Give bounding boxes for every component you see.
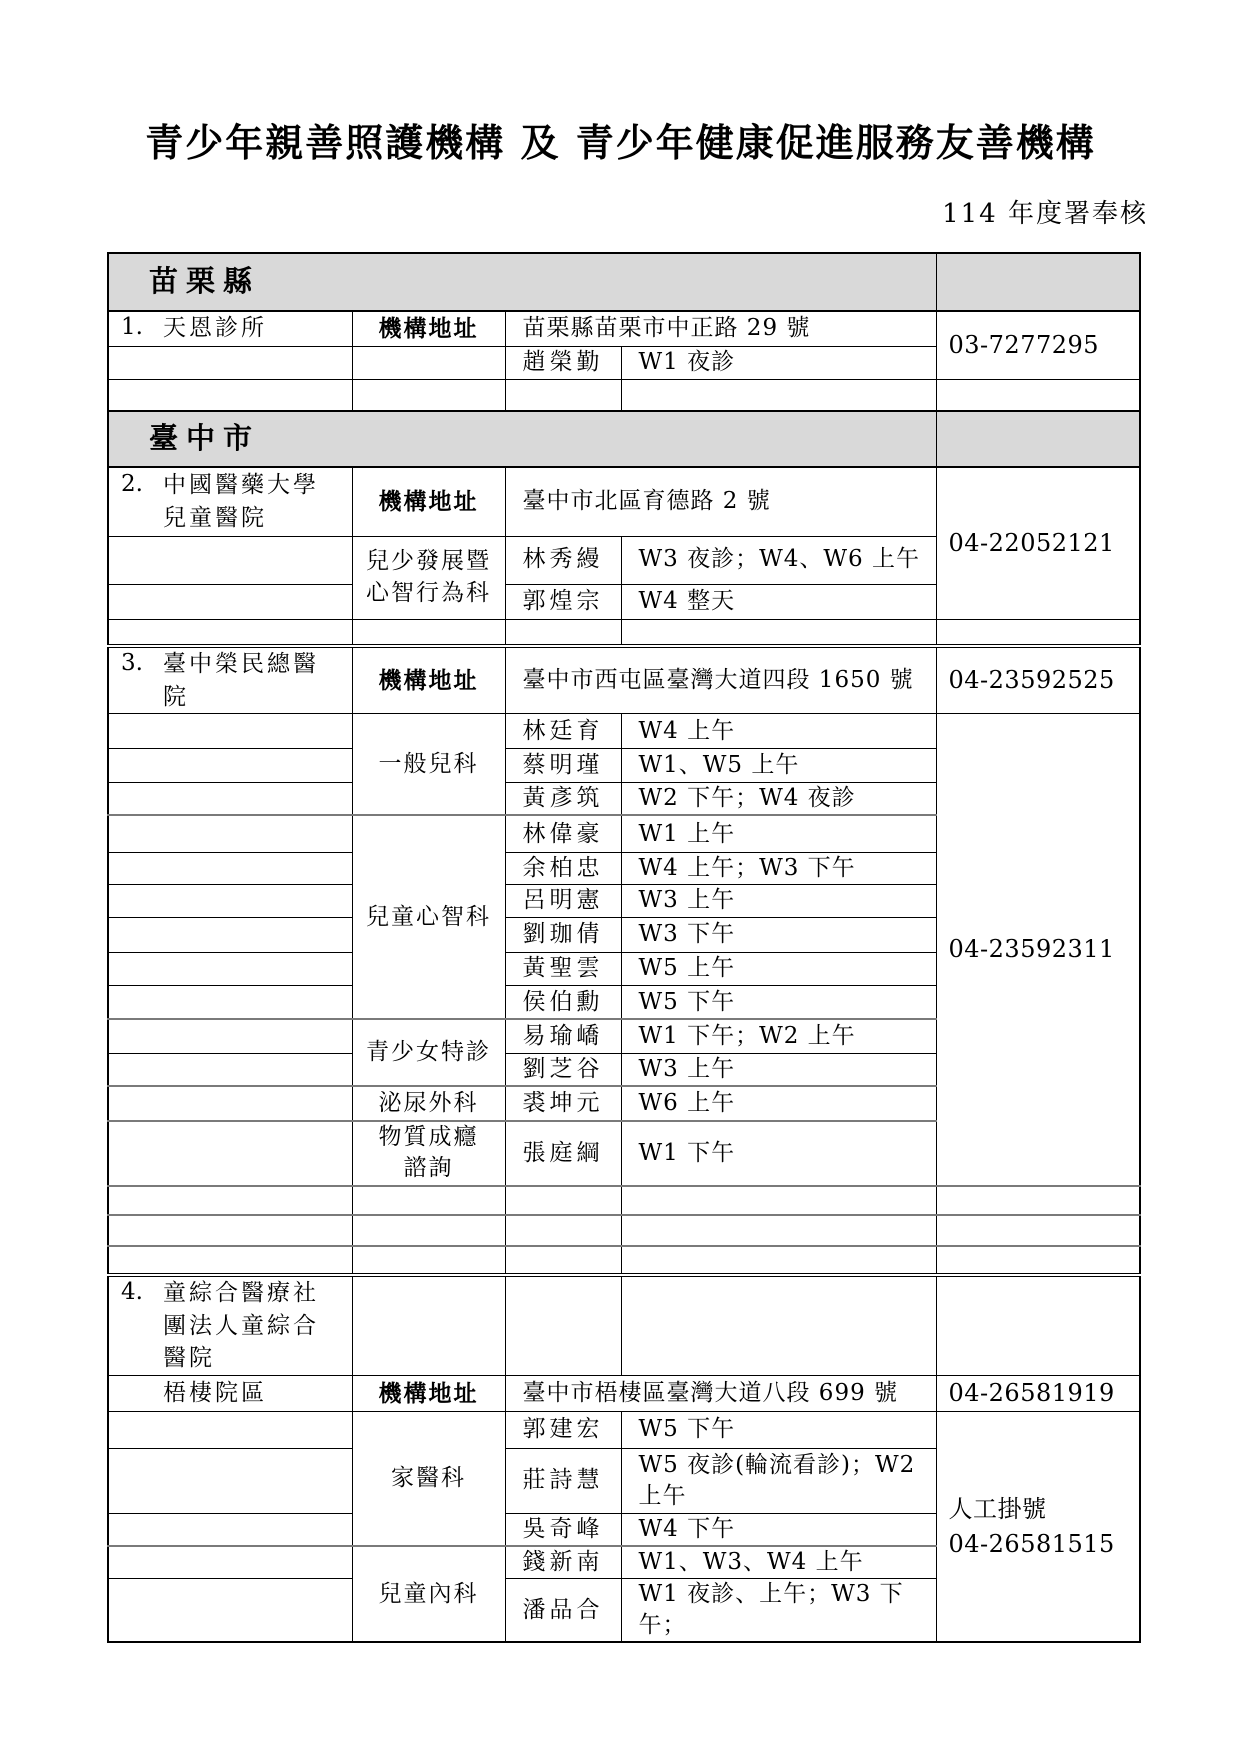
empty-cell (108, 1246, 352, 1275)
department-name: 兒少發展暨 心智行為科 (352, 536, 505, 619)
institution: 4. 童綜合醫療社 團法人童綜合 醫院 (109, 1277, 352, 1375)
doctor-schedule: W1 夜診、上午；W3 下午； (621, 1579, 936, 1643)
doctor-name: 林偉豪 (505, 815, 621, 852)
empty-cell (621, 1186, 936, 1215)
institution: 2. 中國醫藥大學 兒童醫院 (109, 469, 352, 534)
empty-cell (108, 952, 352, 985)
doctor-schedule: W3 下午 (621, 917, 936, 952)
doctor-name: 余柏忠 (505, 852, 621, 884)
empty-cell (108, 714, 352, 749)
empty-cell (108, 783, 352, 816)
empty-cell (352, 1215, 505, 1246)
address-label: 機構地址 (352, 646, 505, 714)
doctor-schedule: W1 夜診 (621, 346, 936, 379)
section-header-phone-cell (936, 411, 1140, 467)
approval-note: 114 年度署奉核 (0, 198, 1148, 232)
doctor-name: 吳奇峰 (505, 1513, 621, 1546)
empty-cell (108, 1513, 352, 1546)
institution-number: 1. (121, 312, 163, 343)
empty-cell (108, 1019, 352, 1053)
empty-cell (936, 1186, 1140, 1215)
empty-cell (505, 1215, 621, 1246)
phone-number: 04-23592311 (936, 714, 1140, 1186)
doctor-name: 張庭綱 (505, 1121, 621, 1186)
campus-name: 梧棲院區 (108, 1375, 352, 1411)
institution-address: 臺中市梧棲區臺灣大道八段 699 號 (505, 1375, 936, 1411)
institution-cell: 4. 童綜合醫療社 團法人童綜合 醫院 (108, 1275, 352, 1375)
empty-cell (108, 749, 352, 783)
doctor-schedule: W3 上午 (621, 1053, 936, 1086)
address-label: 機構地址 (352, 467, 505, 536)
empty-cell (936, 1246, 1140, 1275)
doctor-name: 郭建宏 (505, 1411, 621, 1448)
doctor-schedule: W2 下午；W4 夜診 (621, 783, 936, 816)
doctor-schedule: W5 下午 (621, 985, 936, 1019)
empty-cell (108, 1546, 352, 1579)
empty-cell (108, 1186, 352, 1215)
empty-cell (505, 1246, 621, 1275)
department-name: 物質成癮 諮詢 (352, 1121, 505, 1186)
doctor-name: 裘坤元 (505, 1086, 621, 1121)
institution-address: 臺中市西屯區臺灣大道四段 1650 號 (505, 646, 936, 714)
doctor-name: 呂明憲 (505, 884, 621, 917)
institution-number: 4. (121, 1277, 163, 1308)
phone-number: 04-23592525 (936, 646, 1140, 714)
empty-cell (108, 379, 352, 411)
doctor-schedule: W4 整天 (621, 584, 936, 619)
empty-cell (108, 1215, 352, 1246)
empty-cell (936, 1275, 1140, 1375)
empty-cell (108, 346, 352, 379)
department-name: 一般兒科 (352, 714, 505, 816)
doctor-name: 侯伯勳 (505, 985, 621, 1019)
document-table: 苗栗縣 1. 天恩診所 機構地址 苗栗縣苗栗市中正路 29 號 03-72772… (107, 252, 1141, 1643)
doctor-schedule: W5 上午 (621, 952, 936, 985)
doctor-name: 劉芝谷 (505, 1053, 621, 1086)
doctor-schedule: W1、W5 上午 (621, 749, 936, 783)
phone-number: 04-26581919 (936, 1375, 1140, 1411)
institution-number: 3. (121, 648, 163, 679)
institution-address: 苗栗縣苗栗市中正路 29 號 (505, 311, 936, 346)
phone-number: 04-22052121 (936, 467, 1140, 619)
empty-cell (352, 379, 505, 411)
doctor-name: 郭煌宗 (505, 584, 621, 619)
empty-cell (108, 1086, 352, 1121)
empty-cell (108, 1053, 352, 1086)
document-page: 青少年親善照護機構 及 青少年健康促進服務友善機構 114 年度署奉核 苗栗縣 … (0, 0, 1241, 1755)
doctor-schedule: W5 夜診(輪流看診)；W2 上午 (621, 1448, 936, 1513)
doctor-schedule: W3 上午 (621, 884, 936, 917)
empty-cell (352, 619, 505, 646)
doctor-schedule: W4 上午 (621, 714, 936, 749)
department-name: 家醫科 (352, 1411, 505, 1546)
doctor-name: 黃彥筑 (505, 783, 621, 816)
department-name: 兒童心智科 (352, 815, 505, 1019)
manual-registration-cell: 人工掛號 04-26581515 (936, 1411, 1140, 1642)
empty-cell (352, 1246, 505, 1275)
empty-cell (108, 619, 352, 646)
institution: 3. 臺中榮民總醫 院 (109, 648, 352, 713)
doctor-name: 錢新南 (505, 1546, 621, 1579)
institution-address: 臺中市北區育德路 2 號 (505, 467, 936, 536)
empty-cell (621, 619, 936, 646)
empty-cell (621, 1215, 936, 1246)
institution: 1. 天恩診所 (109, 312, 352, 345)
page-title: 青少年親善照護機構 及 青少年健康促進服務友善機構 (0, 120, 1241, 166)
empty-cell (352, 346, 505, 379)
doctor-name: 劉珈倩 (505, 917, 621, 952)
section-header: 苗栗縣 (108, 253, 936, 311)
empty-cell (108, 884, 352, 917)
empty-cell (621, 1246, 936, 1275)
empty-cell (108, 852, 352, 884)
empty-cell (505, 1275, 621, 1375)
doctor-schedule: W4 上午；W3 下午 (621, 852, 936, 884)
section-header: 臺中市 (108, 411, 936, 467)
empty-cell (936, 379, 1140, 411)
department-name: 泌尿外科 (352, 1086, 505, 1121)
empty-cell (108, 917, 352, 952)
empty-cell (936, 1215, 1140, 1246)
empty-cell (936, 619, 1140, 646)
doctor-schedule: W5 下午 (621, 1411, 936, 1448)
empty-cell (108, 1121, 352, 1186)
doctor-schedule: W3 夜診；W4、W6 上午 (621, 536, 936, 584)
doctor-schedule: W1 下午；W2 上午 (621, 1019, 936, 1053)
address-label: 機構地址 (352, 311, 505, 346)
institution-cell: 1. 天恩診所 (108, 311, 352, 346)
empty-cell (108, 1579, 352, 1643)
doctor-name: 蔡明瑾 (505, 749, 621, 783)
empty-cell (108, 584, 352, 619)
empty-cell (108, 536, 352, 584)
doctor-name: 黃聖雲 (505, 952, 621, 985)
empty-cell (505, 619, 621, 646)
institution-number: 2. (121, 469, 163, 500)
institution-name: 臺中榮民總醫 院 (163, 648, 343, 713)
empty-cell (108, 985, 352, 1019)
phone-number: 04-26581515 (949, 1527, 1140, 1562)
doctor-name: 林廷育 (505, 714, 621, 749)
manual-registration-label: 人工掛號 (949, 1492, 1140, 1527)
empty-cell (505, 1186, 621, 1215)
empty-cell (108, 1448, 352, 1513)
institution-cell: 3. 臺中榮民總醫 院 (108, 646, 352, 714)
department-name: 青少女特診 (352, 1019, 505, 1086)
empty-cell (352, 1275, 505, 1375)
section-header-phone-cell (936, 253, 1140, 311)
empty-cell (108, 815, 352, 852)
institution-name: 童綜合醫療社 團法人童綜合 醫院 (163, 1277, 343, 1375)
department-name: 兒童內科 (352, 1546, 505, 1642)
doctor-name: 趙榮勤 (505, 346, 621, 379)
empty-cell (108, 1411, 352, 1448)
doctor-name: 易瑜嶠 (505, 1019, 621, 1053)
doctor-schedule: W1 下午 (621, 1121, 936, 1186)
institution-name: 中國醫藥大學 兒童醫院 (163, 469, 343, 534)
empty-cell (352, 1186, 505, 1215)
doctor-name: 林秀縵 (505, 536, 621, 584)
address-label: 機構地址 (352, 1375, 505, 1411)
doctor-schedule: W1 上午 (621, 815, 936, 852)
doctor-schedule: W6 上午 (621, 1086, 936, 1121)
doctor-schedule: W1、W3、W4 上午 (621, 1546, 936, 1579)
institution-name: 天恩診所 (163, 312, 343, 345)
doctor-name: 莊詩慧 (505, 1448, 621, 1513)
empty-cell (621, 379, 936, 411)
institution-cell: 2. 中國醫藥大學 兒童醫院 (108, 467, 352, 536)
phone-number: 03-7277295 (936, 311, 1140, 379)
empty-cell (621, 1275, 936, 1375)
empty-cell (505, 379, 621, 411)
doctor-name: 潘品合 (505, 1579, 621, 1643)
doctor-schedule: W4 下午 (621, 1513, 936, 1546)
